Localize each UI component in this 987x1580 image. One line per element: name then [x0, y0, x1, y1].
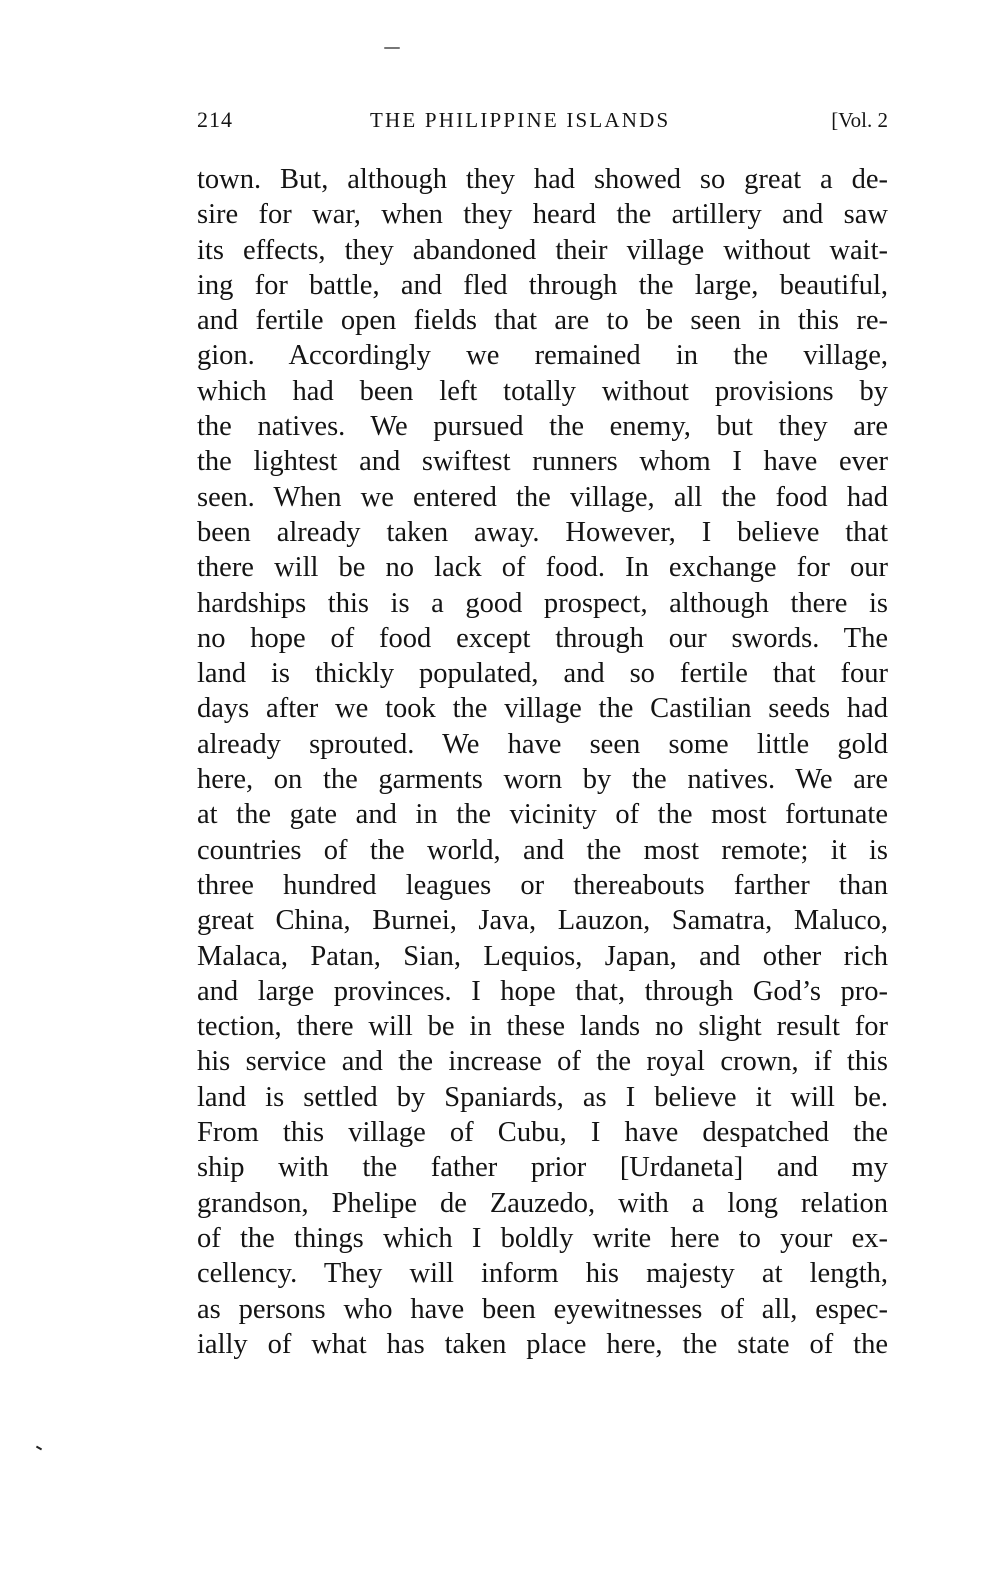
text-line: its effects, they abandoned their villag… [197, 233, 888, 268]
scan-artifact-mark [36, 1446, 42, 1451]
text-line: here, on the garments worn by the native… [197, 762, 888, 797]
page-body-text: town. But, although they had showed so g… [197, 162, 888, 1362]
text-line: countries of the world, and the most rem… [197, 833, 888, 868]
scan-artifact-mark [384, 47, 400, 49]
text-line: the lightest and swiftest runners whom I… [197, 444, 888, 479]
text-line: days after we took the village the Casti… [197, 691, 888, 726]
text-line: been already taken away. However, I beli… [197, 515, 888, 550]
text-line: tection, there will be in these lands no… [197, 1009, 888, 1044]
volume-label: [Vol. 2 [831, 104, 888, 136]
text-line: which had been left totally without prov… [197, 374, 888, 409]
running-head: 214 THE PHILIPPINE ISLANDS [Vol. 2 [197, 104, 888, 136]
text-line: From this village of Cubu, I have despat… [197, 1115, 888, 1150]
text-line: ially of what has taken place here, the … [197, 1327, 888, 1362]
text-line: grandson, Phelipe de Zauzedo, with a lon… [197, 1186, 888, 1221]
text-line: ing for battle, and fled through the lar… [197, 268, 888, 303]
text-line: the natives. We pursued the enemy, but t… [197, 409, 888, 444]
text-line: as persons who have been eyewitnesses of… [197, 1292, 888, 1327]
text-line: sire for war, when they heard the artill… [197, 197, 888, 232]
text-line: Malaca, Patan, Sian, Lequios, Japan, and… [197, 939, 888, 974]
text-line: great China, Burnei, Java, Lauzon, Samat… [197, 903, 888, 938]
text-line: town. But, although they had showed so g… [197, 162, 888, 197]
text-line: his service and the increase of the roya… [197, 1044, 888, 1079]
text-line: and fertile open fields that are to be s… [197, 303, 888, 338]
text-line: no hope of food except through our sword… [197, 621, 888, 656]
text-line: land is settled by Spaniards, as I belie… [197, 1080, 888, 1115]
text-line: cellency. They will inform his majesty a… [197, 1256, 888, 1291]
page-number: 214 [197, 104, 233, 136]
text-line: ship with the father prior [Urdaneta] an… [197, 1150, 888, 1185]
text-line: hardships this is a good prospect, altho… [197, 586, 888, 621]
text-line: there will be no lack of food. In exchan… [197, 550, 888, 585]
text-line: and large provinces. I hope that, throug… [197, 974, 888, 1009]
text-line: three hundred leagues or thereabouts far… [197, 868, 888, 903]
text-line: at the gate and in the vicinity of the m… [197, 797, 888, 832]
text-line: of the things which I boldly write here … [197, 1221, 888, 1256]
text-line: gion. Accordingly we remained in the vil… [197, 338, 888, 373]
text-line: already sprouted. We have seen some litt… [197, 727, 888, 762]
running-title: THE PHILIPPINE ISLANDS [370, 104, 670, 136]
text-line: land is thickly populated, and so fertil… [197, 656, 888, 691]
text-line: seen. When we entered the village, all t… [197, 480, 888, 515]
